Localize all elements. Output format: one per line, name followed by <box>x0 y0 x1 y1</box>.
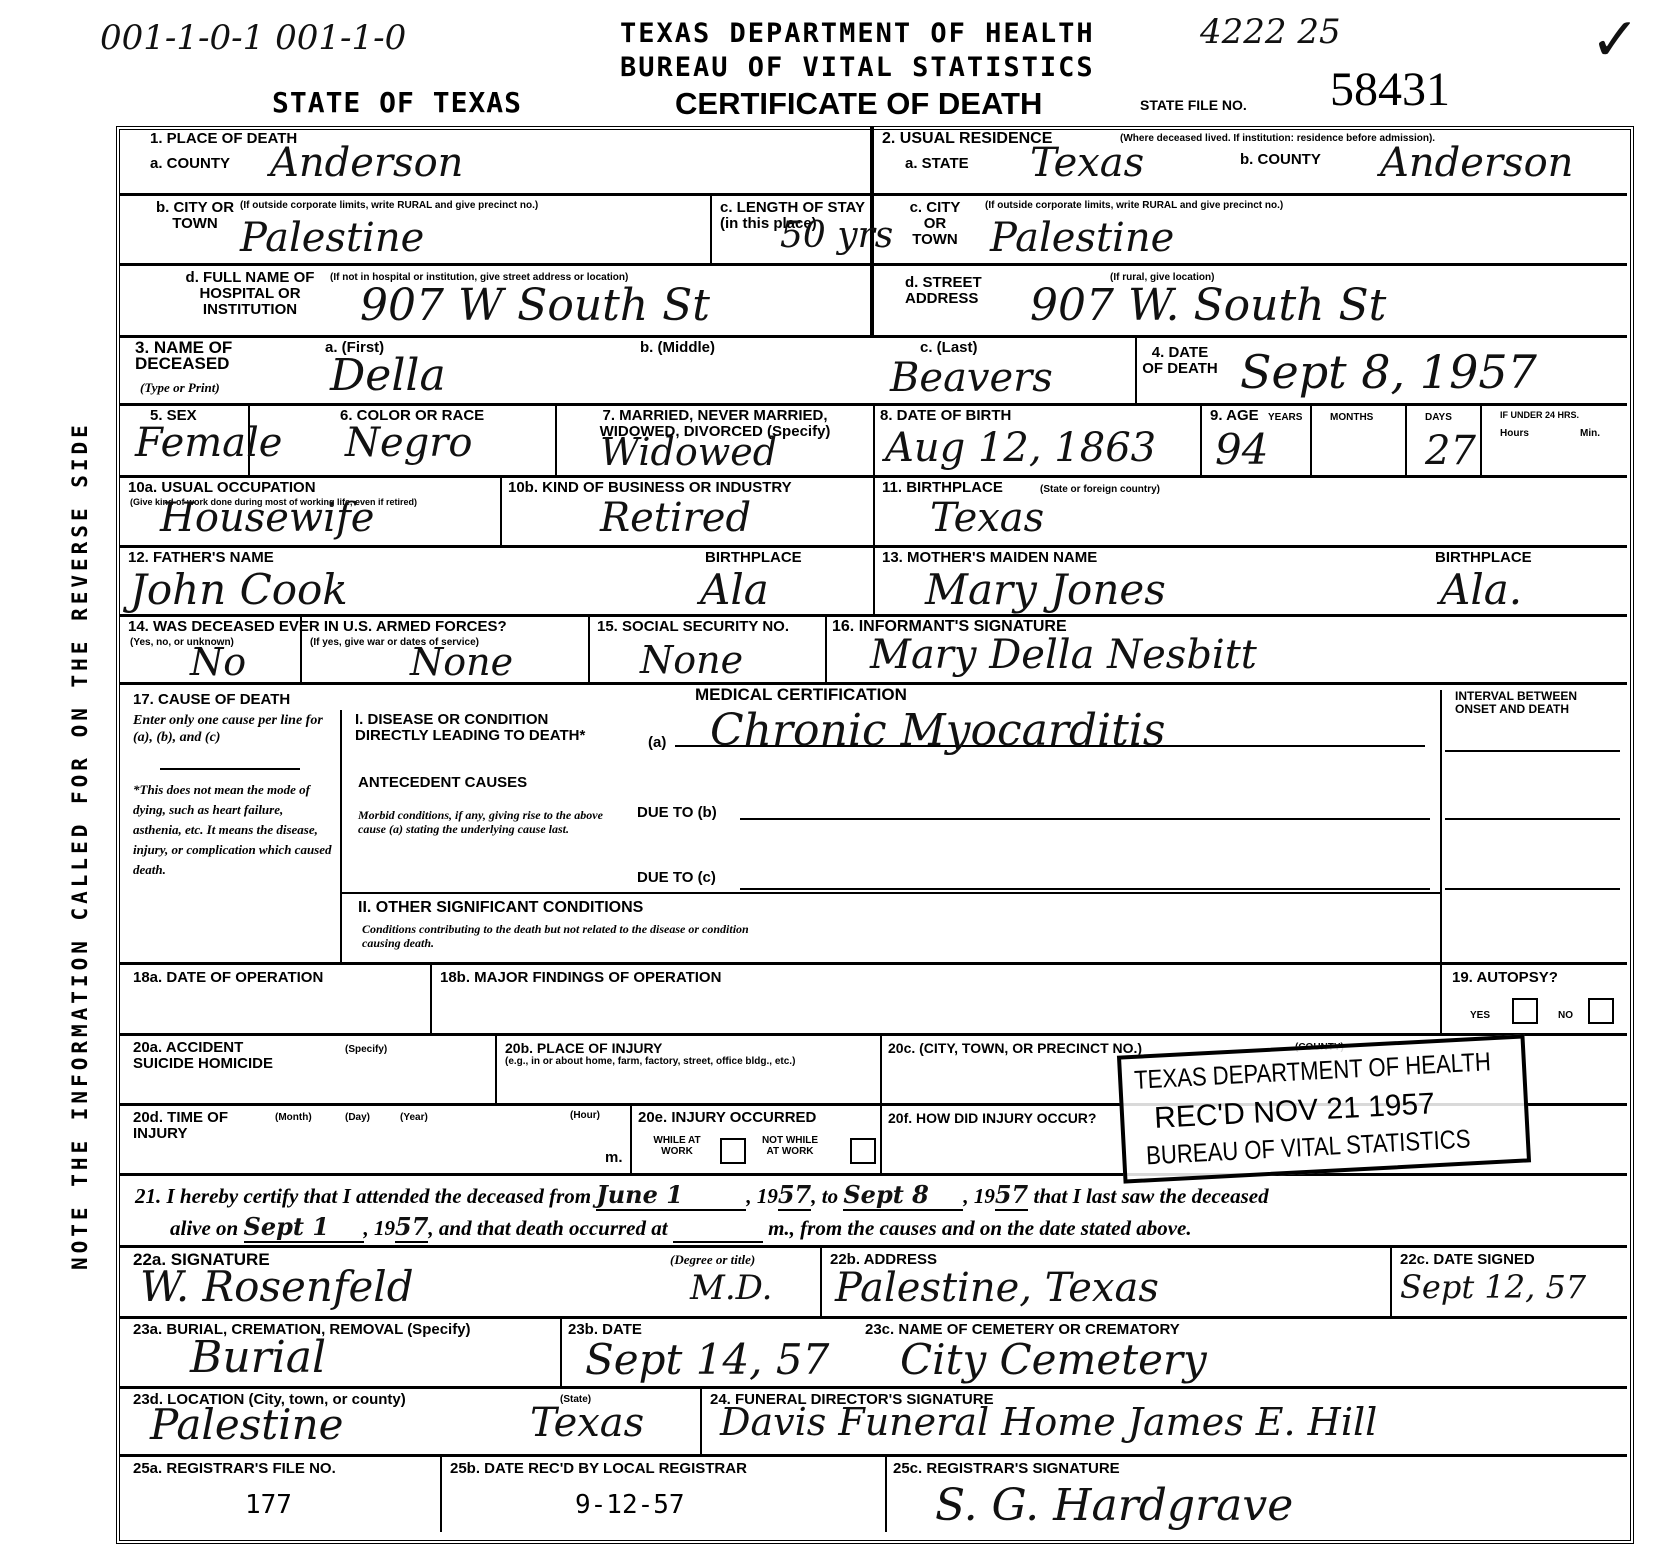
father-name-value: John Cook <box>130 565 348 614</box>
residence-county-value: Anderson <box>1380 140 1573 186</box>
age-days-label: DAYS <box>1425 412 1452 423</box>
armed-forces-war-value: None <box>410 640 513 684</box>
residence-city-note: (If outside corporate limits, write RURA… <box>985 200 1283 211</box>
occupation-label: 10a. USUAL OCCUPATION <box>128 480 316 496</box>
divider <box>880 1035 882 1173</box>
hospital-label: d. FULL NAME OF HOSPITAL OR INSTITUTION <box>175 270 325 318</box>
injury-place-label: 20b. PLACE OF INJURY <box>505 1040 662 1056</box>
certification-statement-line-2: alive on Sept 1, 1957, and that death oc… <box>170 1212 1192 1243</box>
cause-footnote: *This does not mean the mode of dying, s… <box>133 780 333 880</box>
degree-value: M.D. <box>690 1268 772 1308</box>
injury-time-label: 20d. TIME OF INJURY <box>133 1110 253 1142</box>
autopsy-label: 19. AUTOPSY? <box>1452 970 1558 986</box>
cause-b-label: DUE TO (b) <box>637 805 717 821</box>
divider <box>120 263 1627 266</box>
occupation-value: Housewife <box>160 495 374 541</box>
cause-a-label: (a) <box>648 735 666 751</box>
county-label: a. COUNTY <box>150 156 230 172</box>
operation-findings-label: 18b. MAJOR FINDINGS OF OPERATION <box>440 970 721 986</box>
while-at-work-checkbox[interactable] <box>720 1138 746 1164</box>
divider <box>120 193 870 196</box>
part2-note: Conditions contributing to the death but… <box>362 922 782 950</box>
divider <box>873 405 875 614</box>
date-received-label: 25b. DATE REC'D BY LOCAL REGISTRAR <box>450 1461 747 1477</box>
burial-state-value: Texas <box>530 1400 644 1446</box>
mother-birthplace-value: Ala. <box>1440 565 1522 614</box>
while-at-work-label: WHILE AT WORK <box>642 1135 712 1157</box>
hospital-value: 907 W South St <box>360 280 710 331</box>
divider <box>440 1456 442 1532</box>
usual-residence-label: 2. USUAL RESIDENCE <box>882 131 1052 147</box>
part1-label: I. DISEASE OR CONDITION DIRECTLY LEADING… <box>355 712 615 744</box>
divider <box>120 1245 1627 1248</box>
injury-m-label: m. <box>605 1150 623 1166</box>
cert-text: that I last saw the deceased <box>1034 1184 1269 1208</box>
death-city-note: (If outside corporate limits, write RURA… <box>240 200 660 211</box>
injury-month-label: (Month) <box>275 1112 312 1123</box>
divider <box>555 405 557 475</box>
cause-b-line <box>740 818 1430 820</box>
funeral-director-signature: Davis Funeral Home James E. Hill <box>720 1400 1377 1444</box>
middle-name-label: b. (Middle) <box>640 340 715 356</box>
age-days-value: 27 <box>1425 428 1476 474</box>
residence-city-value: Palestine <box>990 215 1174 261</box>
burial-location-value: Palestine <box>150 1400 343 1449</box>
operation-date-label: 18a. DATE OF OPERATION <box>133 970 323 986</box>
interval-label: INTERVAL BETWEEN ONSET AND DEATH <box>1455 690 1615 716</box>
certificate-title: CERTIFICATE OF DEATH <box>675 86 1042 122</box>
code-handwritten-right: 4222 25 <box>1200 12 1341 52</box>
divider <box>120 962 1627 965</box>
divider <box>700 1388 702 1454</box>
autopsy-no-label: NO <box>1558 1010 1573 1021</box>
divider <box>1200 405 1202 475</box>
birthplace-note: (State or foreign country) <box>1040 484 1160 495</box>
age-under-24-label: IF UNDER 24 HRS. <box>1500 410 1579 421</box>
divider <box>1405 405 1407 475</box>
divider <box>120 1316 1627 1319</box>
marital-status-value: Widowed <box>600 430 777 474</box>
residence-city-label: c. CITY OR TOWN <box>905 200 965 248</box>
file-codes-handwritten: 001-1-0-1 001-1-0 <box>100 18 406 58</box>
last-name-label: c. (Last) <box>920 340 978 356</box>
certification-statement-line-1: 21. I hereby certify that I attended the… <box>135 1180 1269 1211</box>
autopsy-yes-checkbox[interactable] <box>1512 998 1538 1024</box>
armed-forces-value: No <box>190 640 246 684</box>
date-of-death-label: 4. DATE OF DEATH <box>1140 345 1220 377</box>
cemetery-value: City Cemetery <box>900 1335 1207 1384</box>
registrar-file-no: 177 <box>245 1490 292 1520</box>
street-address-value: 907 W. South St <box>1030 280 1386 331</box>
last-seen-alive-year: 57 <box>395 1212 428 1243</box>
father-birthplace-label: BIRTHPLACE <box>705 550 802 566</box>
deceased-name-sub: (Type or Print) <box>140 380 220 396</box>
divider <box>560 1318 562 1386</box>
divider <box>1135 337 1137 403</box>
armed-forces-label: 14. WAS DECEASED EVER IN U.S. ARMED FORC… <box>128 619 507 635</box>
part2-label: II. OTHER SIGNIFICANT CONDITIONS <box>358 900 643 916</box>
stamp-line-1: TEXAS DEPARTMENT OF HEALTH <box>1133 1046 1491 1096</box>
interval-line-c <box>1445 888 1620 890</box>
divider <box>1390 1247 1392 1316</box>
ssn-value: None <box>640 638 743 682</box>
divider <box>120 1173 1627 1176</box>
sex-value: Female <box>135 420 282 466</box>
autopsy-no-checkbox[interactable] <box>1588 998 1614 1024</box>
antecedent-note: Morbid conditions, if any, giving rise t… <box>358 808 633 836</box>
divider <box>120 1454 1627 1457</box>
cause-c-label: DUE TO (c) <box>637 870 716 886</box>
divider <box>630 1105 632 1173</box>
cause-instructions: Enter only one cause per line for (a), (… <box>133 712 333 746</box>
street-address-label: d. STREET ADDRESS <box>905 275 1005 307</box>
checkmark-icon: ✓ <box>1590 5 1640 75</box>
reverse-side-note: NOTE THE INFORMATION CALLED FOR ON THE R… <box>68 421 92 1270</box>
agency-line-2: BUREAU OF VITAL STATISTICS <box>620 52 1095 83</box>
age-min-label: Min. <box>1580 428 1600 439</box>
how-injury-label: 20f. HOW DID INJURY OCCUR? <box>888 1110 1096 1126</box>
date-signed-label: 22c. DATE SIGNED <box>1400 1252 1535 1268</box>
cause-c-line <box>740 888 1430 890</box>
age-months-label: MONTHS <box>1330 412 1373 423</box>
mother-birthplace-label: BIRTHPLACE <box>1435 550 1532 566</box>
cert-text: alive on <box>170 1216 238 1240</box>
cert-text: , 19 <box>364 1216 396 1240</box>
autopsy-yes-label: YES <box>1470 1010 1490 1021</box>
business-label: 10b. KIND OF BUSINESS OR INDUSTRY <box>508 480 792 496</box>
antecedent-causes-label: ANTECEDENT CAUSES <box>358 775 527 791</box>
interval-line-a <box>1445 750 1620 752</box>
medical-certification-title: MEDICAL CERTIFICATION <box>695 687 907 703</box>
burial-date-value: Sept 14, 57 <box>585 1335 829 1384</box>
cause-a-value: Chronic Myocarditis <box>710 705 1165 756</box>
physician-signature: W. Rosenfeld <box>140 1262 414 1311</box>
ssn-label: 15. SOCIAL SECURITY NO. <box>597 619 789 635</box>
divider <box>588 616 590 682</box>
registrar-file-no-label: 25a. REGISTRAR'S FILE NO. <box>133 1461 336 1477</box>
cert-text: 21. I hereby certify that I attended the… <box>135 1184 591 1208</box>
divider <box>430 964 432 1033</box>
injury-place-note: (e.g., in or about home, farm, factory, … <box>505 1056 845 1067</box>
deceased-name-label: 3. NAME OF DECEASED <box>135 340 285 372</box>
length-of-stay-value: 50 yrs <box>780 215 893 256</box>
divider <box>825 616 827 682</box>
date-of-birth-label: 8. DATE OF BIRTH <box>880 408 1011 424</box>
date-of-death-value: Sept 8, 1957 <box>1240 345 1537 399</box>
divider <box>495 1035 497 1103</box>
age-years-label: YEARS <box>1268 412 1302 423</box>
divider <box>710 195 712 263</box>
divider <box>820 1247 822 1316</box>
mother-name-value: Mary Jones <box>925 565 1166 614</box>
state-file-no-label: STATE FILE NO. <box>1140 100 1247 111</box>
date-signed-value: Sept 12, 57 <box>1400 1268 1586 1306</box>
divider <box>1480 405 1482 475</box>
mother-name-label: 13. MOTHER'S MAIDEN NAME <box>882 550 1097 566</box>
divider <box>340 710 342 962</box>
age-label: 9. AGE <box>1210 408 1259 424</box>
residence-state-label: a. STATE <box>905 156 969 172</box>
received-stamp: TEXAS DEPARTMENT OF HEALTH REC'D NOV 21 … <box>1117 1034 1531 1183</box>
date-of-birth-value: Aug 12, 1863 <box>885 425 1156 471</box>
residence-state-value: Texas <box>1030 140 1144 186</box>
attended-to-year: 57 <box>995 1180 1028 1211</box>
injury-year-label: (Year) <box>400 1112 428 1123</box>
injury-day-label: (Day) <box>345 1112 370 1123</box>
cert-text: , and that death occurred at <box>428 1216 667 1240</box>
injury-occurred-label: 20e. INJURY OCCURRED <box>638 1110 816 1126</box>
date-received-value: 9-12-57 <box>575 1490 685 1520</box>
last-name-value: Beavers <box>890 355 1053 401</box>
disposition-value: Burial <box>190 1332 326 1383</box>
death-city-label: b. CITY OR TOWN <box>155 200 235 232</box>
attended-from-date: June 1 <box>596 1180 746 1211</box>
attended-from-year: 57 <box>778 1180 811 1211</box>
attended-to-date: Sept 8 <box>843 1180 963 1211</box>
business-value: Retired <box>600 495 751 541</box>
cert-text: m., from the causes and on the date stat… <box>768 1216 1192 1240</box>
cause-of-death-label: 17. CAUSE OF DEATH <box>133 692 290 708</box>
degree-label: (Degree or title) <box>670 1252 755 1268</box>
injury-hour-label: (Hour) <box>570 1110 600 1121</box>
birthplace-value: Texas <box>930 495 1044 541</box>
death-county-value: Anderson <box>270 140 463 186</box>
registrar-signature-label: 25c. REGISTRAR'S SIGNATURE <box>893 1461 1120 1477</box>
registrar-signature: S. G. Hardgrave <box>935 1480 1293 1531</box>
age-hours-label: Hours <box>1500 428 1529 439</box>
death-city-value: Palestine <box>240 215 424 261</box>
cert-text: , 19 <box>963 1184 995 1208</box>
divider <box>160 768 300 770</box>
divider <box>342 892 1442 894</box>
divider <box>120 1386 1627 1389</box>
state-file-number: 58431 <box>1330 62 1450 117</box>
injury-city-label: 20c. (CITY, TOWN, OR PRECINCT NO.) <box>888 1040 1142 1056</box>
injury-specify-note: (Specify) <box>345 1044 387 1055</box>
race-value: Negro <box>345 420 472 466</box>
agency-line-1: TEXAS DEPARTMENT OF HEALTH <box>620 18 1095 49</box>
divider <box>885 1456 887 1532</box>
cert-text: , to <box>811 1184 838 1208</box>
divider <box>500 477 502 545</box>
not-while-at-work-label: NOT WHILE AT WORK <box>755 1135 825 1157</box>
age-years-value: 94 <box>1215 425 1268 474</box>
father-name-label: 12. FATHER'S NAME <box>128 550 274 566</box>
injury-type-label: 20a. ACCIDENT SUICIDE HOMICIDE <box>133 1040 273 1072</box>
residence-county-label: b. COUNTY <box>1240 152 1321 168</box>
father-birthplace-value: Ala <box>700 565 769 614</box>
cert-text: , 19 <box>746 1184 778 1208</box>
not-while-at-work-checkbox[interactable] <box>850 1138 876 1164</box>
physician-address: Palestine, Texas <box>835 1265 1159 1311</box>
state-heading: STATE OF TEXAS <box>272 86 522 119</box>
interval-line-b <box>1445 818 1620 820</box>
divider <box>872 193 1627 196</box>
divider <box>1310 405 1312 475</box>
divider <box>120 335 1627 338</box>
birthplace-label: 11. BIRTHPLACE <box>882 480 1003 496</box>
last-seen-alive-date: Sept 1 <box>244 1212 364 1243</box>
divider <box>120 614 1627 617</box>
divider <box>120 1033 1627 1036</box>
informant-signature: Mary Della Nesbitt <box>870 632 1257 678</box>
first-name-value: Della <box>330 350 446 401</box>
divider <box>1440 690 1442 1033</box>
